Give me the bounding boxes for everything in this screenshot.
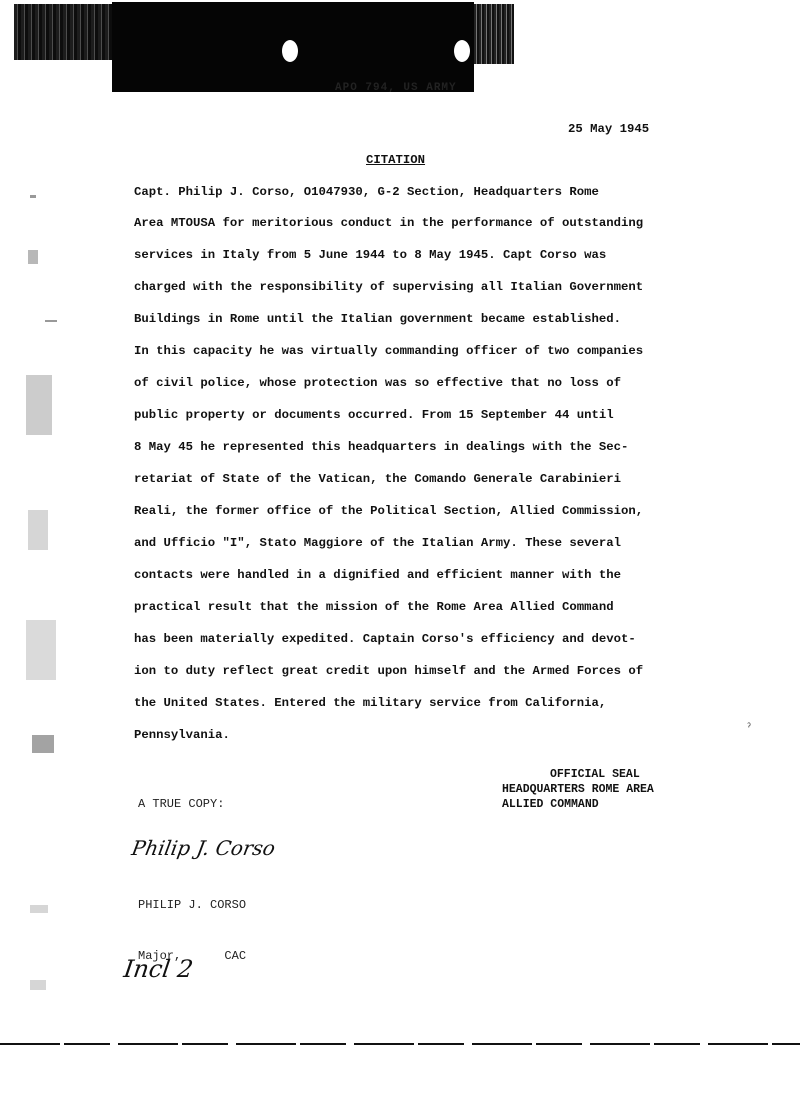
scan-noise-header-right (474, 4, 514, 64)
body-line: of civil police, whose protection was so… (134, 376, 621, 396)
body-line: 8 May 45 he represented this headquarter… (134, 440, 628, 460)
body-line: In this capacity he was virtually comman… (134, 344, 643, 364)
scan-noise-header-left (14, 4, 114, 60)
scan-speckle (26, 375, 52, 435)
body-line: public property or documents occurred. F… (134, 408, 614, 428)
body-line: charged with the responsibility of super… (134, 280, 643, 300)
body-line: Reali, the former office of the Politica… (134, 504, 643, 524)
official-seal-block: OFFICIAL SEAL HEADQUARTERS ROME AREA ALL… (502, 767, 654, 812)
signer-name: PHILIP J. CORSO (138, 897, 246, 914)
document-date: 25 May 1945 (568, 122, 649, 136)
body-line: ion to duty reflect great credit upon hi… (134, 664, 643, 684)
scan-speckle (28, 250, 38, 264)
body-line: contacts were handled in a dignified and… (134, 568, 621, 588)
seal-line: OFFICIAL SEAL (502, 767, 654, 782)
body-line: services in Italy from 5 June 1944 to 8 … (134, 248, 606, 268)
punch-hole-right (454, 40, 470, 62)
body-line: Pennsylvania. (134, 728, 230, 748)
body-line: the United States. Entered the military … (134, 696, 606, 716)
header-stamp: APO 794, US ARMY (335, 82, 475, 94)
body-line: and Ufficio "I", Stato Maggiore of the I… (134, 536, 621, 556)
document-title: CITATION (366, 153, 425, 167)
body-line: Capt. Philip J. Corso, O1047930, G-2 Sec… (134, 185, 599, 205)
scan-speckle (28, 510, 48, 550)
true-copy-label: A TRUE COPY: (138, 797, 224, 811)
punch-hole-left (282, 40, 298, 62)
handwritten-signature: Philip J. Corso (130, 836, 277, 860)
scan-speckle (26, 620, 56, 680)
scan-speckle (30, 905, 48, 913)
bottom-rule (0, 1043, 800, 1045)
body-line: retariat of State of the Vatican, the Co… (134, 472, 621, 492)
body-line: has been materially expedited. Captain C… (134, 632, 636, 652)
document-page: APO 794, US ARMY 25 May 1945 CITATION Ca… (0, 0, 800, 1103)
body-line: Buildings in Rome until the Italian gove… (134, 312, 621, 332)
seal-line: HEADQUARTERS ROME AREA (502, 782, 654, 797)
scan-speckle (32, 735, 54, 753)
handwritten-enclosure-note: Incl 2 (122, 955, 195, 983)
scan-speckle (45, 320, 57, 322)
scan-speckle (30, 195, 36, 198)
body-line: practical result that the mission of the… (134, 600, 614, 620)
scan-speckle (30, 980, 46, 990)
scan-mark: ˀ (746, 723, 752, 734)
seal-line: ALLIED COMMAND (502, 797, 654, 812)
header-redaction-band (112, 2, 474, 92)
body-line: Area MTOUSA for meritorious conduct in t… (134, 216, 643, 236)
